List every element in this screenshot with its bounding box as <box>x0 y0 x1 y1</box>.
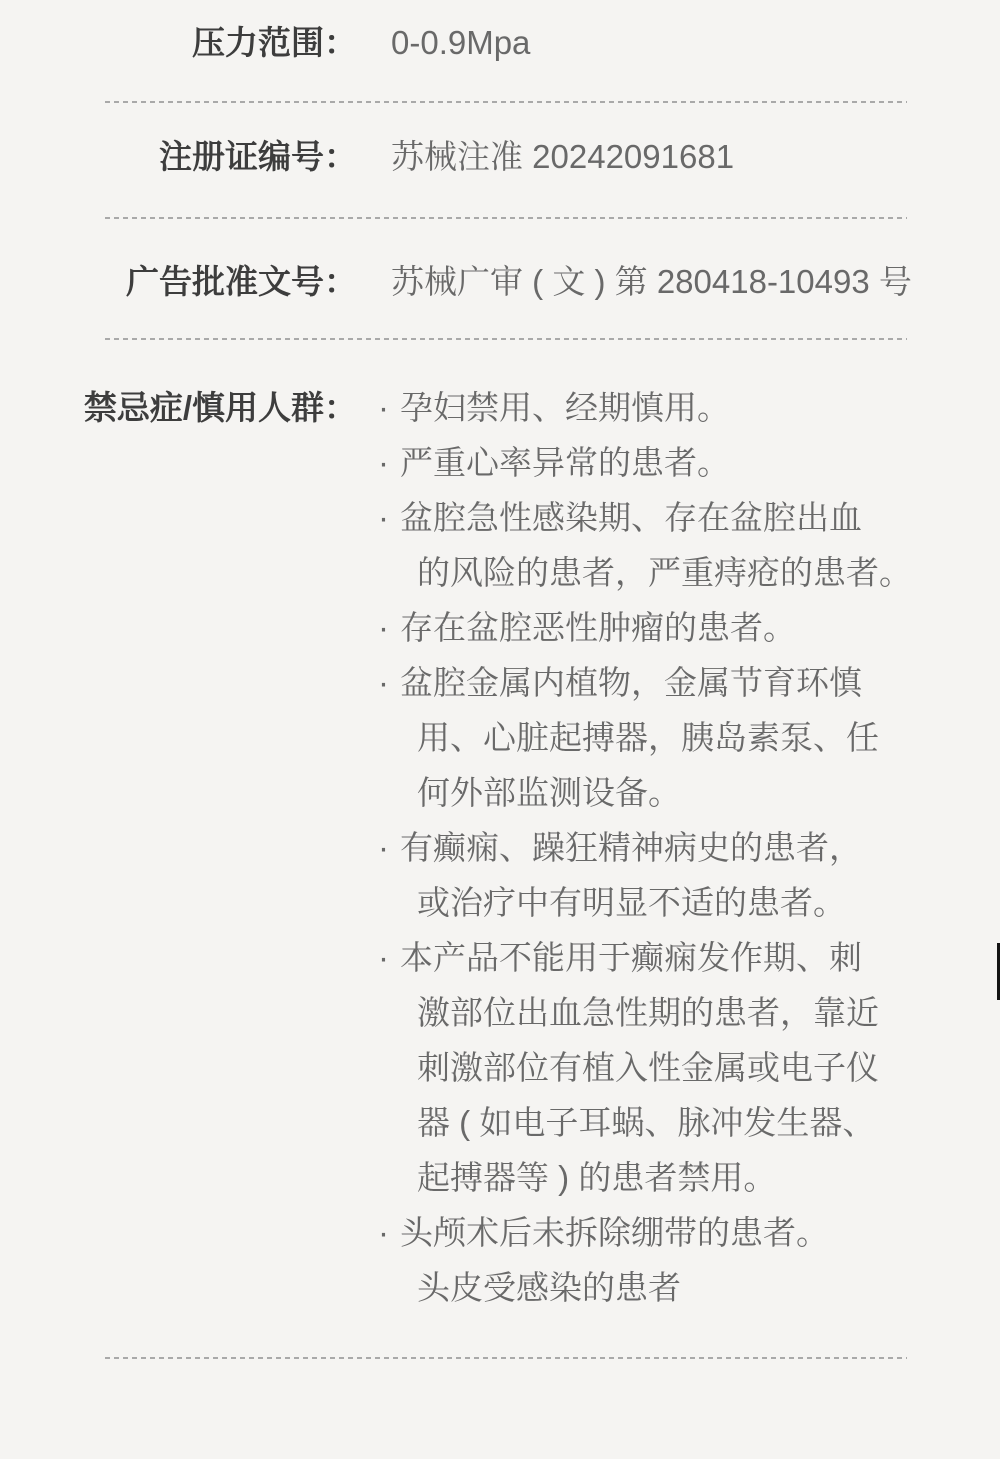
contraindication-text: 严重心率异常的患者。 <box>400 444 730 481</box>
contraindication-text: 孕妇禁用、经期慎用。 <box>400 389 730 426</box>
spec-value-pressure-range: 0-0.9Mpa <box>391 22 530 64</box>
bullet-dot: · <box>378 380 400 435</box>
contraindication-text: 起搏器等 ) 的患者禁用。 <box>417 1159 776 1196</box>
contraindication-line: 起搏器等 ) 的患者禁用。 <box>378 1150 912 1205</box>
contraindication-line: ·盆腔急性感染期、存在盆腔出血 <box>378 490 912 545</box>
contraindication-line: 用、心脏起搏器，胰岛素泵、任 <box>378 710 912 765</box>
contraindication-text: 或治疗中有明显不适的患者。 <box>417 884 846 921</box>
contraindication-text: 器 ( 如电子耳蜗、脉冲发生器、 <box>417 1104 875 1141</box>
product-spec-sheet: 压力范围： 0-0.9Mpa 注册证编号： 苏械注准 20242091681 广… <box>0 0 1000 1459</box>
spec-row-contraindications: 禁忌症/慎用人群： ·孕妇禁用、经期慎用。·严重心率异常的患者。·盆腔急性感染期… <box>0 380 1000 1315</box>
contraindication-line: 激部位出血急性期的患者，靠近 <box>378 985 912 1040</box>
contraindication-line: 刺激部位有植入性金属或电子仪 <box>378 1040 912 1095</box>
contraindication-text: 头皮受感染的患者 <box>417 1269 681 1306</box>
spec-value-ad-approval-number: 苏械广审 ( 文 ) 第 280418-10493 号 <box>391 261 912 303</box>
divider <box>105 101 907 103</box>
spec-label-contraindications: 禁忌症/慎用人群： <box>0 380 357 435</box>
contraindication-text: 何外部监测设备。 <box>417 774 681 811</box>
contraindication-line: ·头颅术后未拆除绷带的患者。 <box>378 1205 912 1260</box>
bullet-dot: · <box>378 820 400 875</box>
contraindication-line: 或治疗中有明显不适的患者。 <box>378 875 912 930</box>
contraindication-line: ·本产品不能用于癫痫发作期、刺 <box>378 930 912 985</box>
spec-row-ad-approval-number: 广告批准文号： 苏械广审 ( 文 ) 第 280418-10493 号 <box>0 261 1000 303</box>
spec-label-pressure-range: 压力范围： <box>0 22 357 64</box>
contraindication-text: 存在盆腔恶性肿瘤的患者。 <box>400 609 796 646</box>
contraindication-line: ·严重心率异常的患者。 <box>378 435 912 490</box>
contraindication-line: 何外部监测设备。 <box>378 765 912 820</box>
spec-label-ad-approval-number: 广告批准文号： <box>0 261 357 303</box>
contraindication-line: ·存在盆腔恶性肿瘤的患者。 <box>378 600 912 655</box>
contraindication-text: 用、心脏起搏器，胰岛素泵、任 <box>417 719 879 756</box>
spec-row-registration-number: 注册证编号： 苏械注准 20242091681 <box>0 136 1000 178</box>
contraindication-text: 的风险的患者，严重痔疮的患者。 <box>417 554 912 591</box>
spec-row-pressure-range: 压力范围： 0-0.9Mpa <box>0 22 1000 64</box>
contraindication-text: 头颅术后未拆除绷带的患者。 <box>400 1214 829 1251</box>
contraindication-line: ·盆腔金属内植物，金属节育环慎 <box>378 655 912 710</box>
spec-value-registration-number: 苏械注准 20242091681 <box>391 136 734 178</box>
bullet-dot: · <box>378 930 400 985</box>
contraindication-text: 激部位出血急性期的患者，靠近 <box>417 994 879 1031</box>
contraindication-text: 有癫痫、躁狂精神病史的患者， <box>400 829 862 866</box>
bullet-dot: · <box>378 655 400 710</box>
bullet-dot: · <box>378 435 400 490</box>
contraindication-line: ·有癫痫、躁狂精神病史的患者， <box>378 820 912 875</box>
contraindications-list: ·孕妇禁用、经期慎用。·严重心率异常的患者。·盆腔急性感染期、存在盆腔出血的风险… <box>378 380 912 1315</box>
contraindication-text: 盆腔金属内植物，金属节育环慎 <box>400 664 862 701</box>
contraindication-text: 刺激部位有植入性金属或电子仪 <box>417 1049 879 1086</box>
contraindication-line: 头皮受感染的患者 <box>378 1260 912 1315</box>
contraindication-line: 的风险的患者，严重痔疮的患者。 <box>378 545 912 600</box>
divider <box>105 338 907 340</box>
contraindication-text: 本产品不能用于癫痫发作期、刺 <box>400 939 862 976</box>
contraindication-line: ·孕妇禁用、经期慎用。 <box>378 380 912 435</box>
bullet-dot: · <box>378 490 400 545</box>
bullet-dot: · <box>378 600 400 655</box>
divider <box>105 1357 907 1359</box>
bullet-dot: · <box>378 1205 400 1260</box>
spec-label-registration-number: 注册证编号： <box>0 136 357 178</box>
contraindication-text: 盆腔急性感染期、存在盆腔出血 <box>400 499 862 536</box>
contraindication-line: 器 ( 如电子耳蜗、脉冲发生器、 <box>378 1095 912 1150</box>
divider <box>105 217 907 219</box>
